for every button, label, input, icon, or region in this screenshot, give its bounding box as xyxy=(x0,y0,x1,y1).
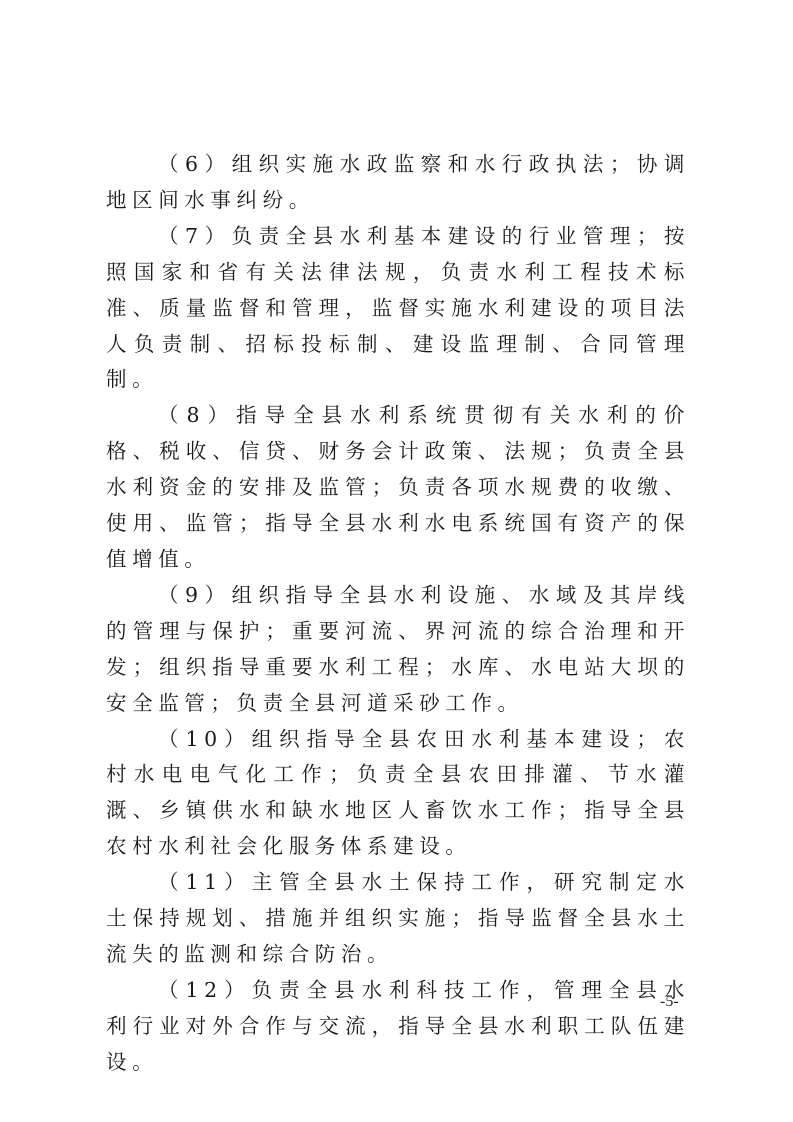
paragraph-item-6: （6）组织实施水政监察和水行政执法；协调地区间水事纠纷。 xyxy=(106,147,690,219)
paragraph-item-7: （7）负责全县水利基本建设的行业管理；按照国家和省有关法律法规，负责水利工程技术… xyxy=(106,219,690,399)
paragraph-item-9: （9）组织指导全县水利设施、水域及其岸线的管理与保护；重要河流、界河流的综合治理… xyxy=(106,578,690,722)
document-body: （6）组织实施水政监察和水行政执法；协调地区间水事纠纷。 （7）负责全县水利基本… xyxy=(106,147,690,1081)
page-number: -5- xyxy=(660,992,679,1012)
paragraph-item-8: （8）指导全县水利系统贯彻有关水利的价格、税收、信贷、财务会计政策、法规；负责全… xyxy=(106,398,690,578)
paragraph-item-11: （11）主管全县水土保持工作，研究制定水土保持规划、措施并组织实施；指导监督全县… xyxy=(106,865,690,973)
document-page: （6）组织实施水政监察和水行政执法；协调地区间水事纠纷。 （7）负责全县水利基本… xyxy=(0,0,793,1122)
paragraph-item-12: （12）负责全县水利科技工作，管理全县水利行业对外合作与交流，指导全县水利职工队… xyxy=(106,973,690,1081)
paragraph-item-10: （10）组织指导全县农田水利基本建设；农村水电电气化工作；负责全县农田排灌、节水… xyxy=(106,722,690,866)
